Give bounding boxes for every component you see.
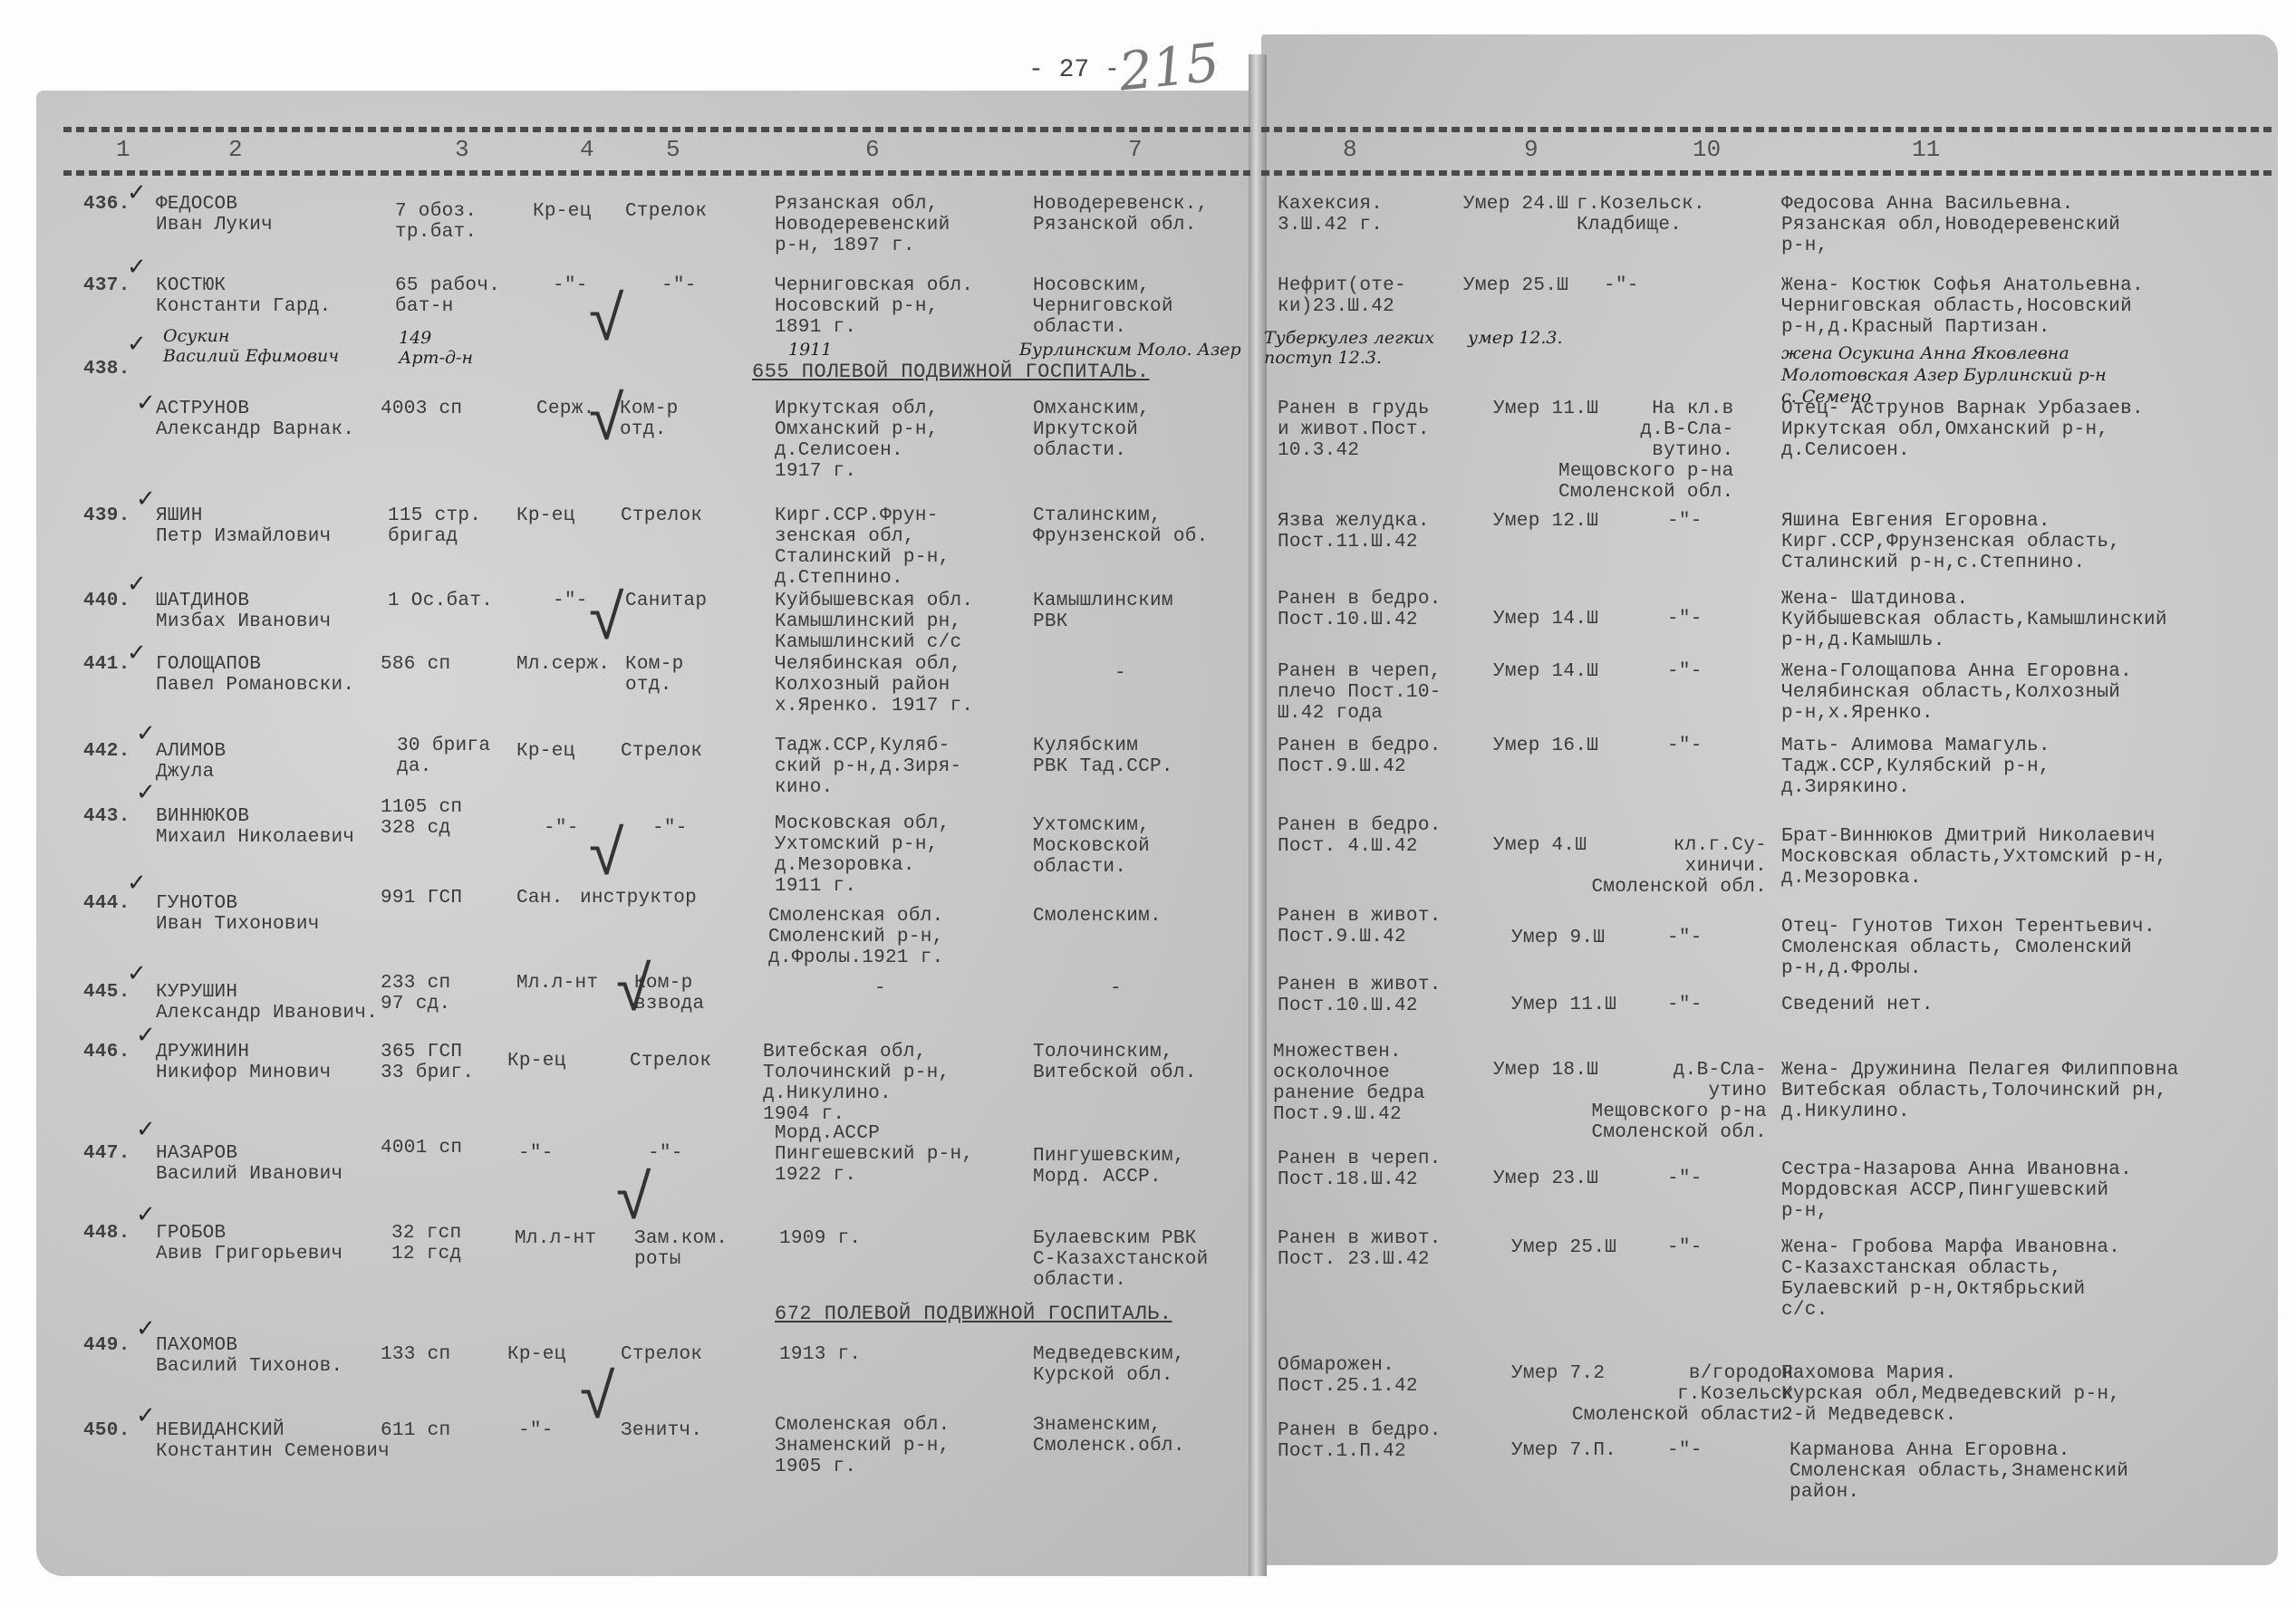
row-446-position: Стрелок (630, 1051, 711, 1072)
row-447-rank: -"- (518, 1143, 554, 1164)
column-number-7: 7 (1128, 136, 1143, 163)
row-439-name: ЯШИН Петр Измайлович (156, 505, 332, 547)
row-440-birthplace: Куйбышевская обл. Камышлинский рн, Камыш… (775, 591, 973, 653)
row-436-birthplace: Рязанская обл, Новодеревенский р-н, 1897… (775, 194, 950, 256)
check-mark-icon: ✓ (136, 486, 156, 513)
large-check-mark-icon: √ (616, 1159, 651, 1234)
row-440-unit: 1 Ос.бат. (388, 591, 493, 611)
row-440-relatives: Жена- Шатдинова. Куйбышевская область,Ка… (1781, 589, 2167, 651)
row-439-died: Умер 12.Ш (1493, 511, 1598, 532)
row-439-birthplace: Кирг.ССР.Фрун- зенская обл, Сталинский р… (775, 505, 950, 589)
row-450-unit: 611 сп (381, 1420, 450, 1441)
row-436-position: Стрелок (625, 201, 707, 222)
row-446-buried: д.В-Сла- утино Мещовского р-на Смоленско… (1495, 1060, 1767, 1143)
right-page (1261, 34, 2278, 1565)
row-442-name: АЛИМОВ Джула (156, 741, 226, 783)
row-438-conscripted-handwritten: Бурлинским Моло. Азер (1019, 340, 1241, 360)
row-astrunov-birthplace: Иркутская обл, Омханский р-н, д.Селисоен… (775, 399, 939, 482)
check-mark-icon: ✓ (136, 1402, 156, 1429)
row-443-conscripted: Ухтомским, Московской области. (1033, 815, 1150, 878)
page-number: - 27 - (1028, 56, 1120, 84)
row-444-position: инструктор (580, 888, 697, 909)
row-445-number: 445. (83, 982, 130, 1003)
row-443-rank: -"- (544, 818, 579, 839)
row-448-number: 448. (83, 1223, 130, 1244)
row-441-number: 441. (83, 654, 130, 675)
row-444-relatives: Отец- Гунотов Тихон Терентьевич. Смоленс… (1781, 917, 2156, 979)
row-448-buried: -"- (1667, 1237, 1703, 1258)
row-444-birthplace: Смоленская обл. Смоленский р-н, д.Фролы.… (768, 906, 944, 968)
row-450-position: Зенитч. (621, 1420, 702, 1441)
row-442-unit: 30 брига да. (397, 736, 490, 777)
row-441-relatives: Жена-Голощапова Анна Егоровна. Челябинск… (1781, 661, 2132, 724)
large-check-mark-icon: √ (580, 1359, 614, 1433)
row-446-relatives: Жена- Дружинина Пелагея Филипповна Витеб… (1781, 1060, 2179, 1122)
section-655-header: 655 ПОЛЕВОЙ ПОДВИЖНОЙ ГОСПИТАЛЬ. (752, 361, 1149, 383)
row-450-cause: Ранен в бедро. Пост.1.П.42 (1278, 1420, 1442, 1462)
row-447-died: Умер 23.Ш (1493, 1168, 1598, 1189)
row-443-number: 443. (83, 806, 130, 827)
row-444-buried: -"- (1667, 928, 1703, 948)
row-449-rank: Кр-ец (507, 1344, 566, 1365)
row-437-birthplace: Черниговская обл. Носовский р-н, 1891 г. (775, 275, 973, 338)
row-444-conscripted: Смоленским. (1033, 906, 1162, 927)
row-astrunov-rank: Серж. (536, 399, 595, 419)
row-450-birthplace: Смоленская обл. Знаменский р-н, 1905 г. (775, 1415, 950, 1477)
row-441-conscripted: - (1114, 663, 1126, 684)
row-443-cause: Ранен в бедро. Пост. 4.Ш.42 (1278, 815, 1442, 857)
column-number-10: 10 (1693, 136, 1721, 163)
row-446-unit: 365 ГСП 33 бриг. (381, 1042, 474, 1083)
row-443-position: -"- (652, 818, 688, 839)
row-442-cause: Ранен в бедро. Пост.9.Ш.42 (1278, 736, 1442, 777)
row-443-relatives: Брат-Виннюков Дмитрий Николаевич Московс… (1781, 826, 2167, 889)
row-438-cause-handwritten: Туберкулез легких поступ 12.3. (1264, 328, 1434, 368)
row-447-position: -"- (648, 1143, 683, 1164)
row-436-died: Умер 24.Ш (1463, 194, 1568, 215)
row-447-relatives: Сестра-Назарова Анна Ивановна. Мордовска… (1781, 1159, 2132, 1222)
row-448-cause: Ранен в живот. Пост. 23.Ш.42 (1278, 1228, 1442, 1270)
row-445-conscripted: - (1110, 978, 1122, 999)
check-mark-icon: ✓ (127, 331, 147, 358)
row-440-name: ШАТДИНОВ Мизбах Иванович (156, 591, 332, 632)
row-445-name: КУРУШИН Александр Иванович. (156, 982, 378, 1024)
row-442-buried: -"- (1667, 736, 1703, 756)
header-rule-bottom-right (1261, 170, 2272, 176)
row-440-rank: -"- (553, 591, 588, 611)
row-astrunov-cause: Ранен в грудь и живот.Пост. 10.3.42 (1278, 399, 1430, 461)
header-rule-bottom-left (63, 170, 1250, 176)
row-astrunov-name: АСТРУНОВ Александр Варнак. (156, 399, 354, 440)
header-rule-top-left (63, 127, 1250, 132)
row-astrunov-conscripted: Омханским, Иркутской области. (1033, 399, 1150, 461)
row-astrunov-buried: На кл.в д.В-Сла- вутино. Мещовского р-на… (1558, 399, 1734, 503)
row-449-unit: 133 сп (381, 1344, 450, 1365)
row-436-unit: 7 обоз. тр.бат. (395, 201, 477, 243)
row-450-name: НЕВИДАНСКИЙ Константин Семенович (156, 1420, 390, 1462)
row-445-relatives: Сведений нет. (1781, 995, 1934, 1015)
check-mark-icon: ✓ (127, 870, 147, 897)
row-436-name: ФЕДОСОВ Иван Лукич (156, 194, 273, 236)
row-443-buried: кл.г.Су- хиничи. Смоленской обл. (1495, 835, 1767, 898)
row-440-died: Умер 14.Ш (1493, 609, 1598, 630)
row-449-birthplace: 1913 г. (779, 1344, 861, 1365)
row-439-relatives: Яшина Евгения Егоровна. Кирг.ССР,Фрунзен… (1781, 511, 2120, 573)
row-444-died: Умер 9.Ш (1511, 928, 1605, 948)
row-449-buried: в/городок г.Козельск Смоленской области. (1413, 1363, 1794, 1426)
check-mark-icon: ✓ (136, 1315, 156, 1342)
row-437-died: Умер 25.Ш (1463, 275, 1568, 296)
row-436-relatives: Федосова Анна Васильевна. Рязанская обл,… (1781, 194, 2120, 256)
row-442-died: Умер 16.Ш (1493, 736, 1598, 756)
row-437-buried: -"- (1604, 275, 1639, 296)
row-442-birthplace: Тадж.ССР,Куляб- ский р-н,д.Зиря- кино. (775, 736, 961, 798)
column-number-2: 2 (228, 136, 243, 163)
row-446-rank: Кр-ец (507, 1051, 566, 1072)
row-437-cause: Нефрит(оте- ки)23.Ш.42 (1278, 275, 1406, 317)
row-438-birth-year-handwritten: 1911 (788, 340, 832, 360)
page-gutter (1249, 54, 1267, 1576)
row-447-name: НАЗАРОВ Василий Иванович (156, 1143, 342, 1185)
large-check-mark-icon: √ (616, 951, 651, 1025)
row-445-rank: Мл.л-нт (516, 973, 598, 994)
check-mark-icon: ✓ (127, 571, 147, 598)
row-438-unit-handwritten: 149 Арт-д-н (399, 328, 473, 368)
row-448-relatives: Жена- Гробова Марфа Ивановна. С-Казахста… (1781, 1237, 2120, 1321)
column-number-1: 1 (116, 136, 130, 163)
header-rule-top-right (1261, 127, 2272, 132)
column-number-6: 6 (865, 136, 880, 163)
row-448-position: Зам.ком. роты (634, 1228, 728, 1270)
row-449-relatives: Пахомова Мария. Курская обл,Медведевский… (1781, 1363, 2120, 1426)
row-442-relatives: Мать- Алимова Мамагуль. Тадж.ССР,Кулябск… (1781, 736, 2050, 798)
row-443-birthplace: Московская обл, Ухтомский р-н, д.Мезоров… (775, 813, 950, 897)
row-437-conscripted: Носовским, Черниговской области. (1033, 275, 1173, 338)
row-441-name: ГОЛОЩАПОВ Павел Романовски. (156, 654, 354, 696)
row-439-conscripted: Сталинским, Фрунзенской об. (1033, 505, 1209, 547)
row-441-birthplace: Челябинская обл, Колхозный район х.Яренк… (775, 654, 973, 716)
row-445-died: Умер 11.Ш (1511, 995, 1616, 1015)
row-436-rank: Кр-ец (533, 201, 592, 222)
section-672-header: 672 ПОЛЕВОЙ ПОДВИЖНОЙ ГОСПИТАЛЬ. (775, 1303, 1172, 1325)
check-mark-icon: ✓ (136, 1022, 156, 1049)
row-441-died: Умер 14.Ш (1493, 661, 1598, 682)
row-astrunov-position: Ком-р отд. (620, 399, 679, 440)
check-mark-icon: ✓ (136, 779, 156, 806)
row-439-rank: Кр-ец (516, 505, 575, 526)
check-mark-icon: ✓ (136, 1201, 156, 1228)
row-445-birthplace: - (874, 978, 886, 999)
row-446-number: 446. (83, 1042, 130, 1063)
column-number-4: 4 (580, 136, 594, 163)
row-436-buried: г.Козельск. Кладбище. (1577, 194, 1705, 236)
row-444-number: 444. (83, 893, 130, 914)
row-446-conscripted: Толочинским, Витебской обл. (1033, 1042, 1197, 1083)
row-441-cause: Ранен в череп, плечо Пост.10- Ш.42 года (1278, 661, 1442, 724)
row-437-unit: 65 рабоч. бат-н (395, 275, 500, 317)
row-444-name: ГУНОТОВ Иван Тихонович (156, 893, 320, 935)
row-438-number: 438. (83, 359, 130, 380)
row-442-position: Стрелок (621, 741, 702, 762)
row-440-conscripted: Камышлинским РВК (1033, 591, 1173, 632)
row-447-cause: Ранен в череп. Пост.18.Ш.42 (1278, 1149, 1442, 1190)
row-441-position: Ком-р отд. (625, 654, 684, 696)
row-440-position: Санитар (625, 591, 707, 611)
row-445-buried: -"- (1667, 995, 1703, 1015)
row-441-buried: -"- (1667, 661, 1703, 682)
row-450-relatives: Карманова Анна Егоровна. Смоленская обла… (1790, 1440, 2128, 1503)
row-437-position: -"- (661, 275, 697, 296)
row-450-buried: -"- (1667, 1440, 1703, 1461)
row-441-unit: 586 сп (381, 654, 450, 675)
row-440-number: 440. (83, 591, 130, 611)
row-436-conscripted: Новодеревенск., Рязанской обл. (1033, 194, 1209, 236)
large-check-mark-icon: √ (589, 815, 623, 890)
row-445-cause: Ранен в живот. Пост.10.Ш.42 (1278, 975, 1442, 1016)
row-450-rank: -"- (518, 1420, 554, 1441)
row-442-number: 442. (83, 741, 130, 762)
check-mark-icon: ✓ (127, 179, 147, 207)
row-442-rank: Кр-ец (516, 741, 575, 762)
row-436-cause: Кахексия. 3.Ш.42 г. (1278, 194, 1383, 236)
row-450-conscripted: Знаменским, Смоленск.обл. (1033, 1415, 1185, 1457)
row-440-cause: Ранен в бедро. Пост.10.Ш.42 (1278, 589, 1442, 630)
handwritten-page-number: 215 (1116, 31, 1222, 102)
check-mark-icon: ✓ (136, 720, 156, 747)
row-446-name: ДРУЖИНИН Никифор Минович (156, 1042, 332, 1083)
check-mark-icon: ✓ (136, 389, 156, 417)
row-440-buried: -"- (1667, 609, 1703, 630)
row-443-unit: 1105 сп 328 сд (381, 797, 462, 839)
row-448-unit: 32 гсп 12 гсд (391, 1223, 461, 1265)
row-448-birthplace: 1909 г. (779, 1228, 861, 1249)
check-mark-icon: ✓ (136, 1116, 156, 1143)
row-437-number: 437. (83, 275, 130, 296)
row-439-number: 439. (83, 505, 130, 526)
row-449-name: ПАХОМОВ Василий Тихонов. (156, 1335, 342, 1377)
check-mark-icon: ✓ (127, 254, 147, 281)
column-number-11: 11 (1912, 136, 1940, 163)
row-446-birthplace: Витебская обл, Толочинский р-н, д.Никули… (763, 1042, 950, 1125)
row-449-position: Стрелок (621, 1344, 702, 1365)
row-444-rank: Сан. (516, 888, 564, 909)
row-450-number: 450. (83, 1420, 130, 1441)
column-number-9: 9 (1524, 136, 1539, 163)
row-438-name-handwritten: Осукин Василий Ефимович (163, 326, 339, 366)
check-mark-icon: ✓ (127, 640, 147, 667)
row-441-rank: Мл.серж. (516, 654, 610, 675)
row-450-died: Умер 7.П. (1511, 1440, 1616, 1461)
row-444-cause: Ранен в живот. Пост.9.Ш.42 (1278, 906, 1442, 947)
row-444-unit: 991 ГСП (381, 888, 462, 909)
column-number-3: 3 (455, 136, 469, 163)
row-448-died: Умер 25.Ш (1511, 1237, 1616, 1258)
column-number-5: 5 (666, 136, 680, 163)
row-446-cause: Множествен. осколочное ранение бедра Пос… (1273, 1042, 1425, 1125)
row-439-cause: Язва желудка. Пост.11.Ш.42 (1278, 511, 1430, 553)
row-442-conscripted: Кулябским РВК Тад.ССР. (1033, 736, 1173, 777)
check-mark-icon: ✓ (127, 960, 147, 987)
row-439-buried: -"- (1667, 511, 1703, 532)
row-437-relatives: Жена- Костюк Софья Анатольевна. Чернигов… (1781, 275, 2144, 338)
row-437-rank: -"- (553, 275, 588, 296)
row-443-name: ВИННЮКОВ Михаил Николаевич (156, 806, 354, 848)
large-check-mark-icon: √ (589, 380, 623, 455)
row-447-conscripted: Пингушевским, Морд. АССР. (1033, 1146, 1185, 1188)
row-439-position: Стрелок (621, 505, 702, 526)
row-437-name: КОСТЮК Константи Гард. (156, 275, 332, 317)
row-447-unit: 4001 сп (381, 1138, 462, 1159)
row-449-conscripted: Медведевским, Курской обл. (1033, 1344, 1185, 1386)
large-check-mark-icon: √ (589, 281, 623, 355)
row-436-number: 436. (83, 194, 130, 215)
large-check-mark-icon: √ (589, 580, 623, 654)
row-448-conscripted: Булаевским РВК С-Казахстанской области. (1033, 1228, 1209, 1291)
row-449-number: 449. (83, 1335, 130, 1356)
row-447-birthplace: Морд.АССР Пингешевский р-н, 1922 г. (775, 1123, 973, 1186)
row-447-number: 447. (83, 1143, 130, 1164)
row-448-name: ГРОБОВ Авив Григорьевич (156, 1223, 342, 1265)
row-445-unit: 233 сп 97 сд. (381, 973, 450, 1015)
row-astrunov-relatives: Отец- Аструнов Варнак Урбазаев. Иркутска… (1781, 399, 2144, 461)
row-448-rank: Мл.л-нт (515, 1228, 596, 1249)
column-number-8: 8 (1343, 136, 1357, 163)
row-438-died-handwritten: умер 12.3. (1468, 328, 1563, 348)
row-449-cause: Обмарожен. Пост.25.1.42 (1278, 1355, 1418, 1397)
row-439-unit: 115 стр. бригад (388, 505, 481, 547)
row-astrunov-unit: 4003 сп (381, 399, 462, 419)
row-447-buried: -"- (1667, 1168, 1703, 1189)
